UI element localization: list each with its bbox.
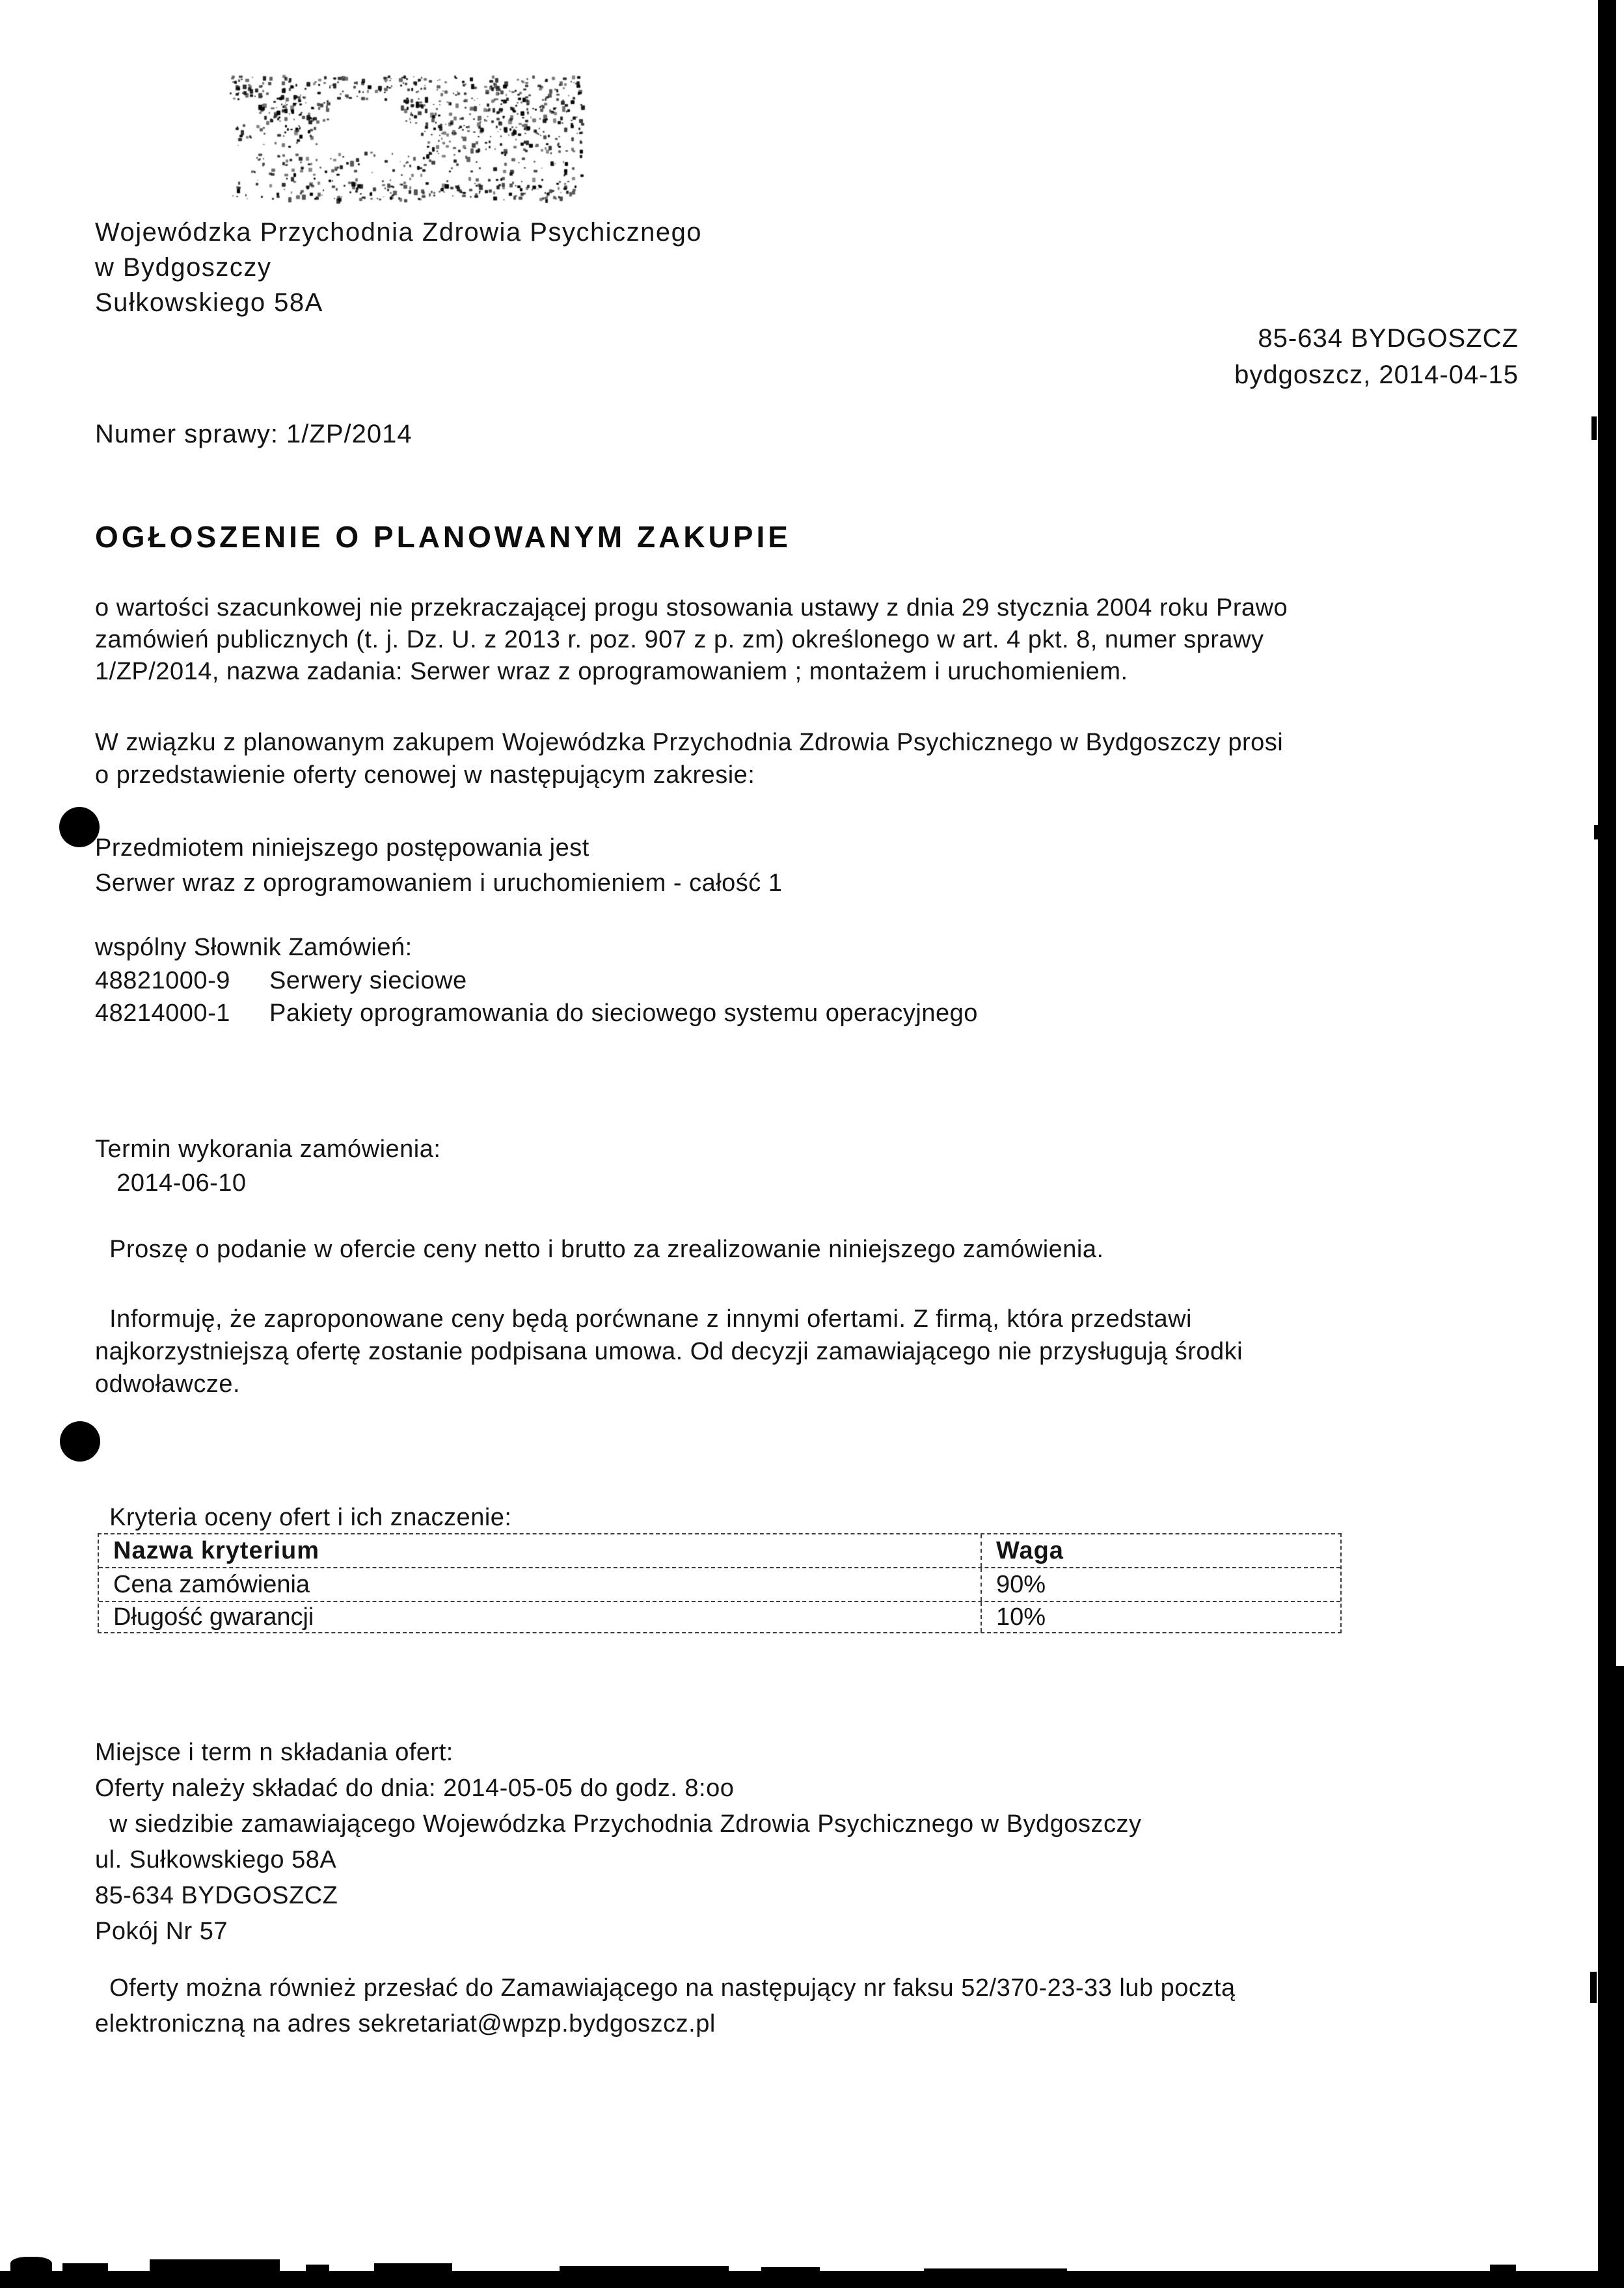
scan-speck [306, 2265, 329, 2272]
cpv-item: 48821000-9 Serwery sieciowe [95, 964, 978, 997]
info-paragraph-line: Informuję, że zaproponowane ceny będą po… [95, 1303, 1243, 1335]
request-paragraph: W związku z planowanym zakupem Wojewódzk… [95, 726, 1283, 791]
scan-speck [560, 2266, 729, 2272]
submission-line: 85-634 BYDGOSZCZ [95, 1878, 1141, 1914]
criteria-table: Nazwa kryterium Waga Cena zamówienia 90%… [98, 1533, 1342, 1633]
subject-line: Przedmiotem niniejszego postępowania jes… [95, 830, 783, 865]
scan-speck [761, 2267, 820, 2272]
submission-block: Miejsce i term n składania ofert: Oferty… [95, 1735, 1141, 1950]
scan-artifact-right-bar-lower [1601, 1666, 1624, 2288]
criteria-heading: Kryteria oceny ofert i ich znaczenie: [95, 1502, 511, 1534]
postal-date-block: 85-634 BYDGOSZCZ bydgoszcz, 2014-04-15 [1234, 320, 1519, 393]
scan-speck [150, 2259, 280, 2272]
criteria-name: Długość gwarancji [99, 1603, 981, 1631]
case-number: Numer sprawy: 1/ZP/2014 [95, 420, 413, 449]
criteria-header-name: Nazwa kryterium [99, 1537, 981, 1565]
org-city: w Bydgoszczy [95, 250, 702, 285]
scan-speck [1591, 416, 1597, 440]
document-title: OGŁOSZENIE O PLANOWANYM ZAKUPIE [95, 519, 791, 554]
fax-email-line: elektroniczną na adres sekretariat@wpzp.… [95, 2006, 1236, 2042]
subject-line: Serwer wraz z oprogramowaniem i uruchomi… [95, 865, 783, 901]
submission-line: Oferty należy składać do dnia: 2014-05-0… [95, 1771, 1141, 1806]
value-paragraph-line: 1/ZP/2014, nazwa zadania: Serwer wraz z … [95, 656, 1288, 688]
scan-speck [1594, 825, 1598, 839]
place-date: bydgoszcz, 2014-04-15 [1234, 357, 1519, 393]
cpv-list: 48821000-9 Serwery sieciowe 48214000-1 P… [95, 964, 978, 1029]
deadline-heading: Termin wykorania zamówienia: [95, 1134, 440, 1165]
request-paragraph-line: W związku z planowanym zakupem Wojewódzk… [95, 726, 1283, 759]
criteria-weight: 10% [981, 1602, 1340, 1632]
cpv-code: 48821000-9 [95, 964, 269, 997]
subject-block: Przedmiotem niniejszego postępowania jes… [95, 830, 783, 901]
info-paragraph-line: odwoławcze. [95, 1368, 1243, 1400]
punch-hole-mark [60, 1421, 100, 1462]
cpv-code: 48214000-1 [95, 997, 269, 1029]
scan-speck [62, 2263, 108, 2272]
scan-artifact-blob [10, 2257, 52, 2274]
value-paragraph-line: zamówień publicznych (t. j. Dz. U. z 201… [95, 624, 1288, 656]
criteria-table-row: Cena zamówienia 90% [99, 1567, 1340, 1601]
org-address-block: Wojewódzka Przychodnia Zdrowia Psychiczn… [95, 215, 702, 320]
cpv-heading: wspólny Słownik Zamówień: [95, 932, 413, 964]
value-paragraph-line: o wartości szacunkowej nie przekraczając… [95, 592, 1288, 624]
info-paragraph-line: najkorzystniejszą ofertę zostanie podpis… [95, 1335, 1243, 1368]
org-street: Sułkowskiego 58A [95, 285, 702, 320]
scan-speck [1490, 2265, 1516, 2272]
punch-hole-mark [59, 807, 100, 847]
criteria-table-header-row: Nazwa kryterium Waga [99, 1534, 1340, 1567]
submission-line: w siedzibie zamawiającego Wojewódzka Prz… [95, 1806, 1141, 1842]
org-name: Wojewódzka Przychodnia Zdrowia Psychiczn… [95, 215, 702, 250]
fax-email-block: Oferty można również przesłać do Zamawia… [95, 1970, 1236, 2042]
scanned-document-page: Wojewódzka Przychodnia Zdrowia Psychiczn… [0, 0, 1624, 2288]
submission-line: ul. Sułkowskiego 58A [95, 1842, 1141, 1878]
criteria-weight: 90% [981, 1568, 1340, 1601]
value-paragraph: o wartości szacunkowej nie przekraczając… [95, 592, 1288, 688]
cpv-label: Serwery sieciowe [269, 964, 467, 997]
price-request-line: Proszę o podanie w ofercie ceny netto i … [95, 1234, 1104, 1266]
postal-city: 85-634 BYDGOSZCZ [1234, 320, 1519, 357]
info-paragraph: Informuję, że zaproponowane ceny będą po… [95, 1303, 1243, 1400]
scan-artifact-bottom-bar [0, 2271, 1624, 2288]
scan-speck [1590, 1972, 1597, 2003]
cpv-label: Pakiety oprogramowania do sieciowego sys… [269, 997, 978, 1029]
scan-speck [374, 2263, 452, 2272]
scan-speck [924, 2268, 1067, 2272]
fax-email-line: Oferty można również przesłać do Zamawia… [95, 1970, 1236, 2006]
criteria-header-weight: Waga [981, 1534, 1340, 1567]
request-paragraph-line: o przedstawienie oferty cenowej w następ… [95, 759, 1283, 791]
deadline-date: 2014-06-10 [95, 1167, 247, 1199]
submission-line: Pokój Nr 57 [95, 1914, 1141, 1950]
criteria-table-row: Długość gwarancji 10% [99, 1601, 1340, 1632]
cpv-item: 48214000-1 Pakiety oprogramowania do sie… [95, 997, 978, 1029]
criteria-name: Cena zamówienia [99, 1571, 981, 1599]
submission-line: Miejsce i term n składania ofert: [95, 1735, 1141, 1771]
